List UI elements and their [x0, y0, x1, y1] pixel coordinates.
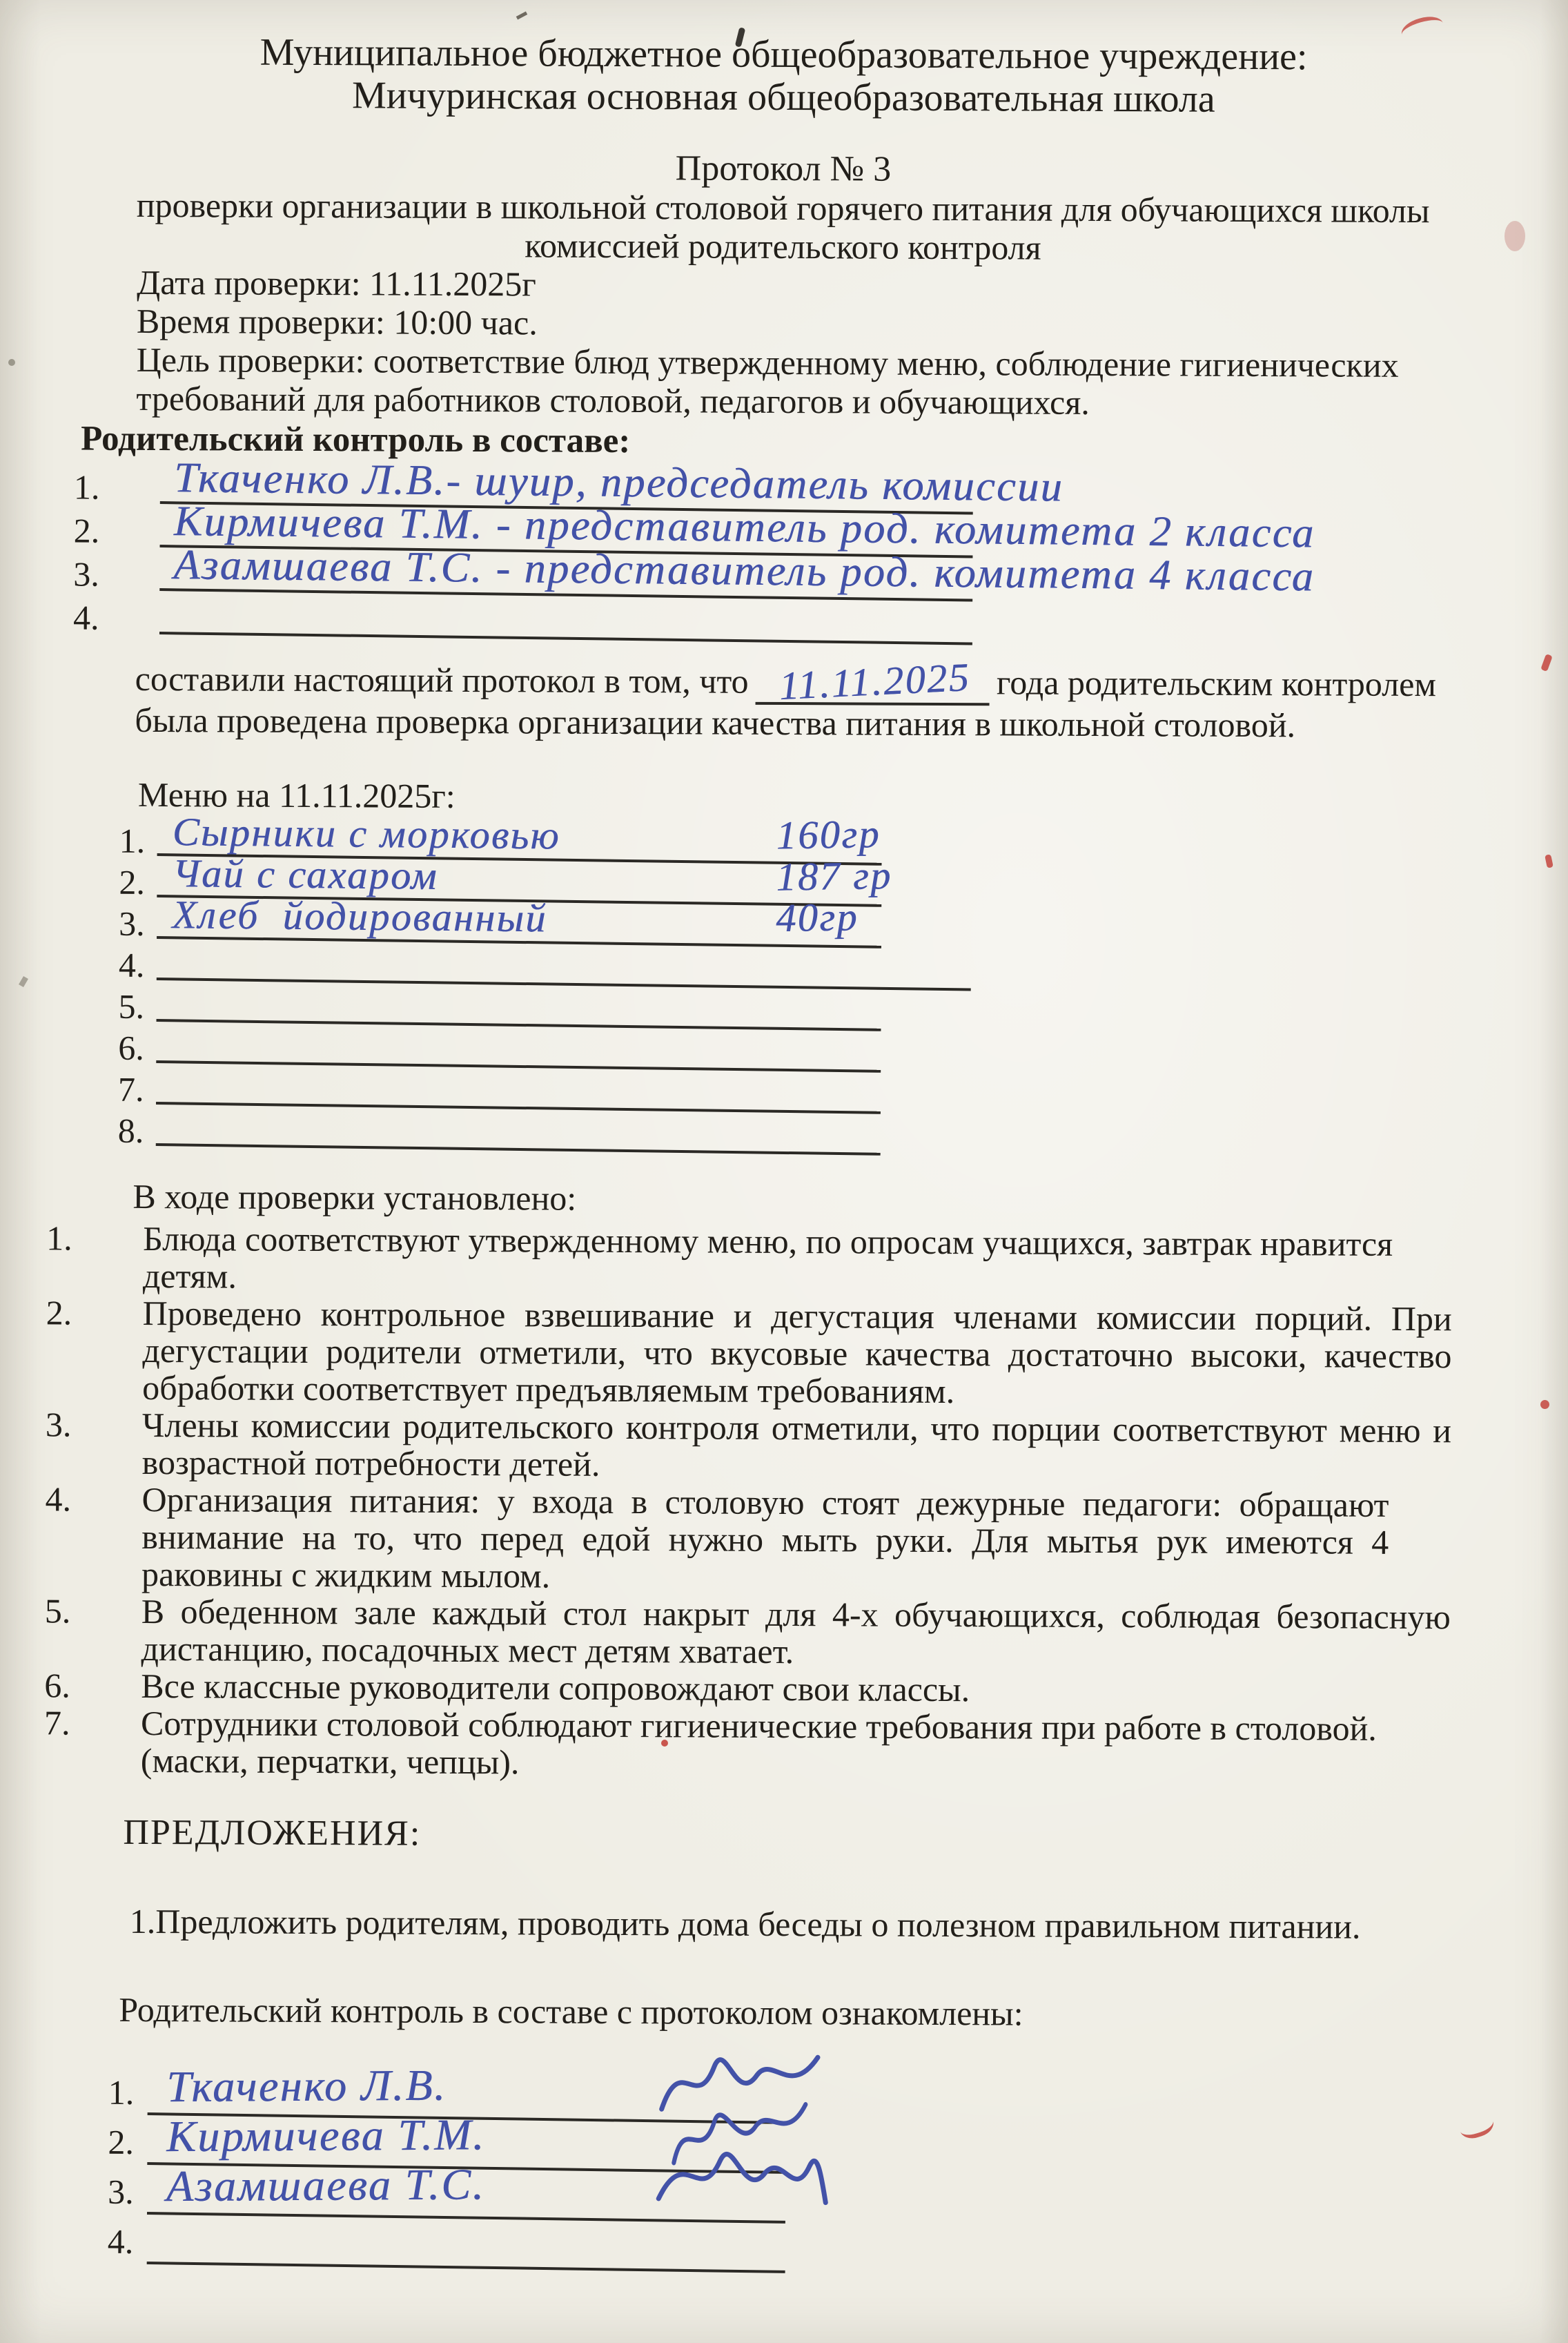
roster-row-number: 1.	[74, 467, 100, 507]
organization-name-line2: Мичуринская основная общеобразовательная…	[0, 72, 1568, 122]
finding-item: 4. Организация питания: у входа в столов…	[0, 1480, 1451, 1598]
statement-text-before: составили настоящий протокол в том, что	[135, 659, 749, 701]
signature-row-number: 2.	[108, 2122, 134, 2162]
menu-row: 4.	[0, 942, 1564, 990]
inspection-time-line: Время проверки: 10:00 час.	[137, 302, 1462, 346]
finding-number: 6.	[44, 1666, 141, 1704]
suggestion-item: 1.Предложить родителям, проводить дома б…	[130, 1901, 1560, 1947]
menu-row: 3. Хлеб йодированный 40гр	[0, 900, 1564, 949]
menu-row-number: 7.	[118, 1069, 144, 1109]
menu-row-number: 1.	[119, 821, 146, 861]
handwritten-date: 11.11.2025	[778, 660, 971, 703]
blank-underline	[159, 632, 972, 645]
menu-row: 8.	[0, 1107, 1563, 1156]
roster-row-number: 3.	[73, 554, 99, 594]
blank-underline	[147, 2262, 785, 2273]
protocol-title: Протокол № 3	[0, 146, 1567, 192]
menu-row-number: 4.	[119, 945, 145, 985]
menu-row: 6.	[0, 1024, 1563, 1073]
blank-underline	[156, 1143, 881, 1156]
finding-number: 2.	[46, 1294, 143, 1406]
suggestions-heading: ПРЕДЛОЖЕНИЯ:	[123, 1812, 1560, 1859]
signatures-list: 1. Ткаченко Л.В. 2. Кирмичева Т.М. 3. Аз…	[0, 2069, 1559, 2275]
signature-name-handwriting: Азамшаева Т.С.	[166, 2159, 486, 2212]
finding-item: 5. В обеденном зале каждый стол накрыт д…	[0, 1592, 1451, 1673]
findings-list: 1. Блюда соответствуют утвержденному мен…	[0, 1219, 1562, 1785]
finding-item: 7. Сотрудники столовой соблюдают гигиени…	[0, 1704, 1450, 1785]
finding-number: 5.	[44, 1592, 141, 1667]
menu-list: 1. Сырники с морковью 160гр 2. Чай с сах…	[0, 817, 1565, 1156]
roster-row: 3. Азамшаева Т.С. - представитель род. к…	[0, 551, 1565, 601]
menu-portion-handwriting: 40гр	[776, 893, 859, 941]
signature-row: 3. Азамшаева Т.С.	[0, 2168, 1558, 2225]
menu-row: 5.	[0, 983, 1564, 1031]
organization-name-line1: Муниципальное бюджетное общеобразователь…	[0, 30, 1568, 79]
signature-name-handwriting: Кирмичева Т.М.	[166, 2109, 486, 2162]
finding-item: 2. Проведено контрольное взвешивание и д…	[0, 1294, 1452, 1412]
protocol-subtitle-line1: проверки организации в школьной столовой…	[0, 185, 1567, 231]
finding-text: Члены комиссии родительского контроля от…	[142, 1406, 1451, 1486]
finding-item: 3. Члены комиссии родительского контроля…	[0, 1406, 1451, 1486]
finding-text: Организация питания: у входа в столовую …	[141, 1481, 1389, 1598]
handwritten-date-underline: 11.11.2025	[755, 663, 990, 706]
signature-row-number: 1.	[108, 2072, 135, 2112]
menu-dish-handwriting: Хлеб йодированный	[172, 891, 547, 941]
menu-row-number: 8.	[118, 1111, 144, 1151]
menu-portion-handwriting: 187 гр	[776, 852, 892, 900]
finding-number: 1.	[46, 1219, 143, 1294]
signature-row-number: 4.	[108, 2222, 134, 2262]
page-content: Муниципальное бюджетное общеобразователь…	[0, 0, 1568, 2343]
signature-row: 4.	[0, 2218, 1558, 2275]
menu-row-number: 6.	[118, 1028, 144, 1068]
roster-list: 1. Ткаченко Л.В.- шуир, председатель ком…	[0, 464, 1566, 645]
roster-row-number: 4.	[73, 598, 99, 638]
menu-row-number: 2.	[119, 862, 145, 902]
finding-text: Блюда соответствуют утвержденному меню, …	[143, 1220, 1452, 1300]
inspection-goal-line: Цель проверки: соответствие блюд утвержд…	[136, 340, 1461, 423]
finding-text: Проведено контрольное взвешивание и дегу…	[142, 1294, 1452, 1412]
roster-row: 4.	[0, 594, 1565, 645]
protocol-subtitle-line2: комиссией родительского контроля	[0, 224, 1567, 269]
protocol-title-block: Протокол № 3 проверки организации в школ…	[0, 146, 1567, 269]
signature-row-number: 3.	[108, 2172, 134, 2212]
menu-row-number: 3.	[119, 904, 145, 944]
signature-name-handwriting: Ткаченко Л.В.	[166, 2060, 447, 2112]
findings-heading: В ходе проверки установлено:	[133, 1177, 1562, 1222]
finding-number: 7.	[44, 1704, 141, 1779]
finding-text: Сотрудники столовой соблюдают гигиеничес…	[141, 1704, 1450, 1785]
menu-portion-handwriting: 160гр	[776, 810, 881, 858]
menu-row: 7.	[0, 1066, 1563, 1114]
finding-number: 3.	[46, 1406, 142, 1481]
menu-row-number: 5.	[119, 986, 145, 1027]
finding-number: 4.	[45, 1480, 142, 1593]
roster-row-number: 2.	[74, 511, 100, 551]
finding-text: В обеденном зале каждый стол накрыт для …	[141, 1593, 1450, 1673]
statement-paragraph: составили настоящий протокол в том, что1…	[135, 659, 1460, 745]
signature-scribble	[651, 2127, 835, 2227]
finding-text: Все классные руководители сопровождают с…	[141, 1667, 1450, 1710]
inspection-date-line: Дата проверки: 11.11.2025г	[137, 263, 1462, 307]
scanned-protocol-page: Муниципальное бюджетное общеобразователь…	[0, 0, 1568, 2343]
acknowledgement-line: Родительский контроль в составе с проток…	[119, 1990, 1559, 2036]
finding-item: 1. Блюда соответствуют утвержденному мен…	[0, 1219, 1452, 1300]
